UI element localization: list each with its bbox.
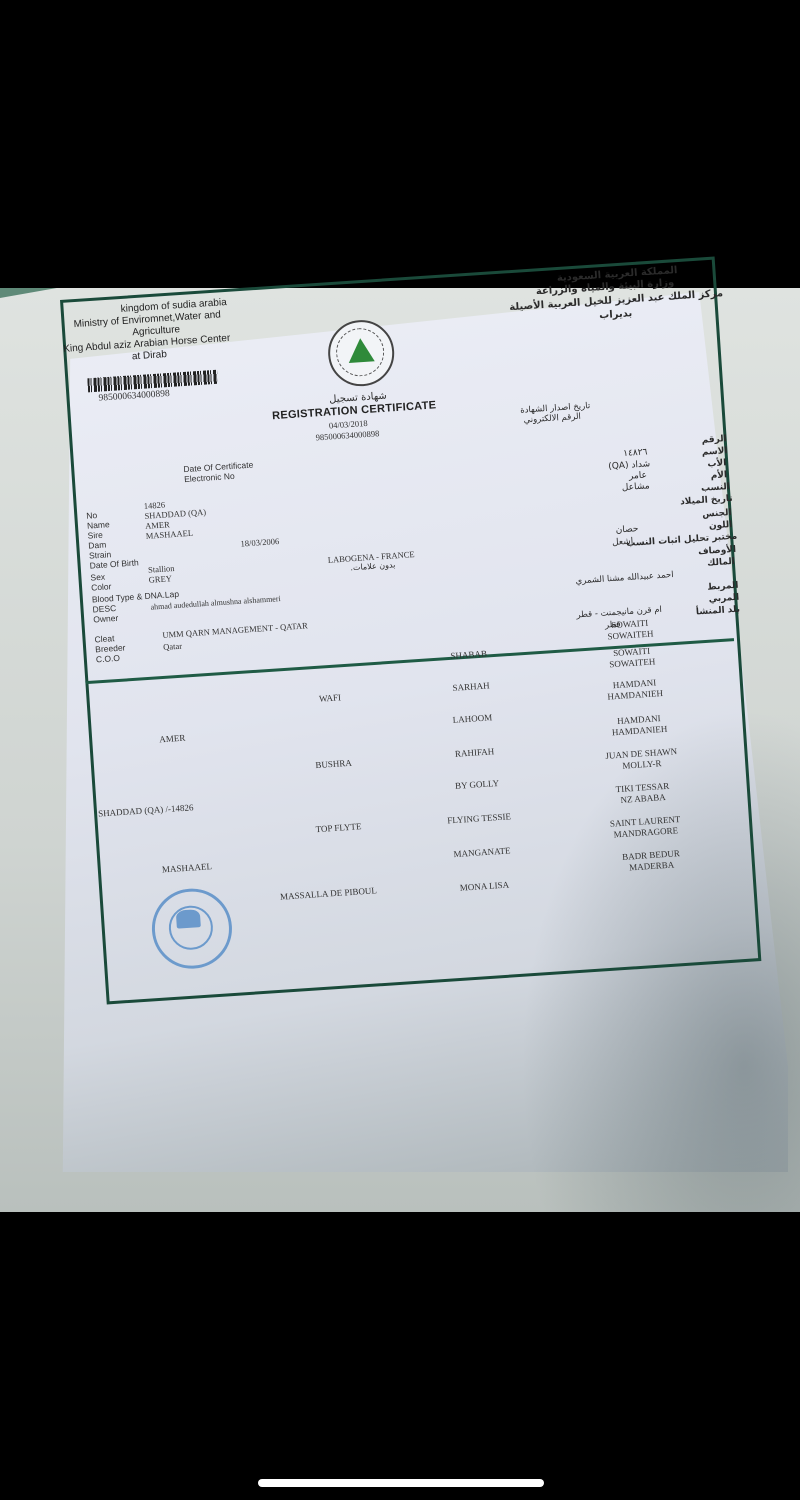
pedigree-gen4-2: HAMDANIHAMDANIEH — [606, 677, 663, 703]
field-label-color: Color — [91, 581, 112, 592]
pedigree-gen4-5: TIKI TESSARNZ ABABA — [615, 781, 670, 807]
field-ar-label-12: المربي — [708, 593, 739, 605]
registration-certificate: kingdom of sudia arabia Ministry of Envi… — [60, 254, 797, 1028]
field-ar-value-2: عامر — [629, 470, 648, 481]
pedigree-gen4-0: SOWAITISOWAITEH — [606, 617, 653, 642]
pedigree-gen2-0: WAFI — [319, 692, 342, 703]
header-en-line5: at Dirab — [132, 349, 168, 362]
field-value-coo: Qatar — [163, 641, 183, 652]
field-ar-value-6: حصان — [615, 524, 638, 535]
palm-tree-icon — [347, 337, 375, 363]
field-ar-value-0: ١٤٨٢٦ — [623, 447, 648, 459]
pedigree-gen4-6: SAINT LAURENTMANDRAGORE — [610, 814, 682, 841]
pedigree-gen4-1: SOWAITISOWAITEH — [608, 645, 655, 670]
pedigree-sire: AMER — [159, 733, 186, 745]
field-ar-label-2: الأب — [707, 458, 726, 469]
field-ar-label-7: اللون — [709, 520, 733, 532]
field-ar-label-11: المربط — [707, 581, 739, 593]
field-ar-label-3: الأم — [710, 470, 727, 481]
field-ar-label-1: الاسم — [702, 446, 728, 458]
field-value-color: GREY — [148, 573, 172, 585]
home-indicator[interactable] — [258, 1479, 544, 1487]
desk-edge — [0, 288, 60, 298]
stamp-emblem-icon — [176, 909, 201, 929]
pedigree-gen4-7: BADR BEDURMADERBA — [622, 848, 681, 874]
field-label-owner: Owner — [93, 613, 119, 625]
field-ar-label-10: المالك — [707, 557, 735, 569]
field-label-coo: C.O.O — [96, 653, 121, 665]
field-ar-label-4: النسب — [701, 482, 730, 494]
header-ar-line4: بديراب — [599, 308, 633, 321]
field-ar-value-3: مشاعل — [622, 481, 650, 493]
pedigree-gen4-3: HAMDANIHAMDANIEH — [611, 713, 668, 739]
field-ar-label-0: الرقم — [701, 434, 727, 446]
field-ar-label-6: الجنس — [702, 508, 732, 520]
